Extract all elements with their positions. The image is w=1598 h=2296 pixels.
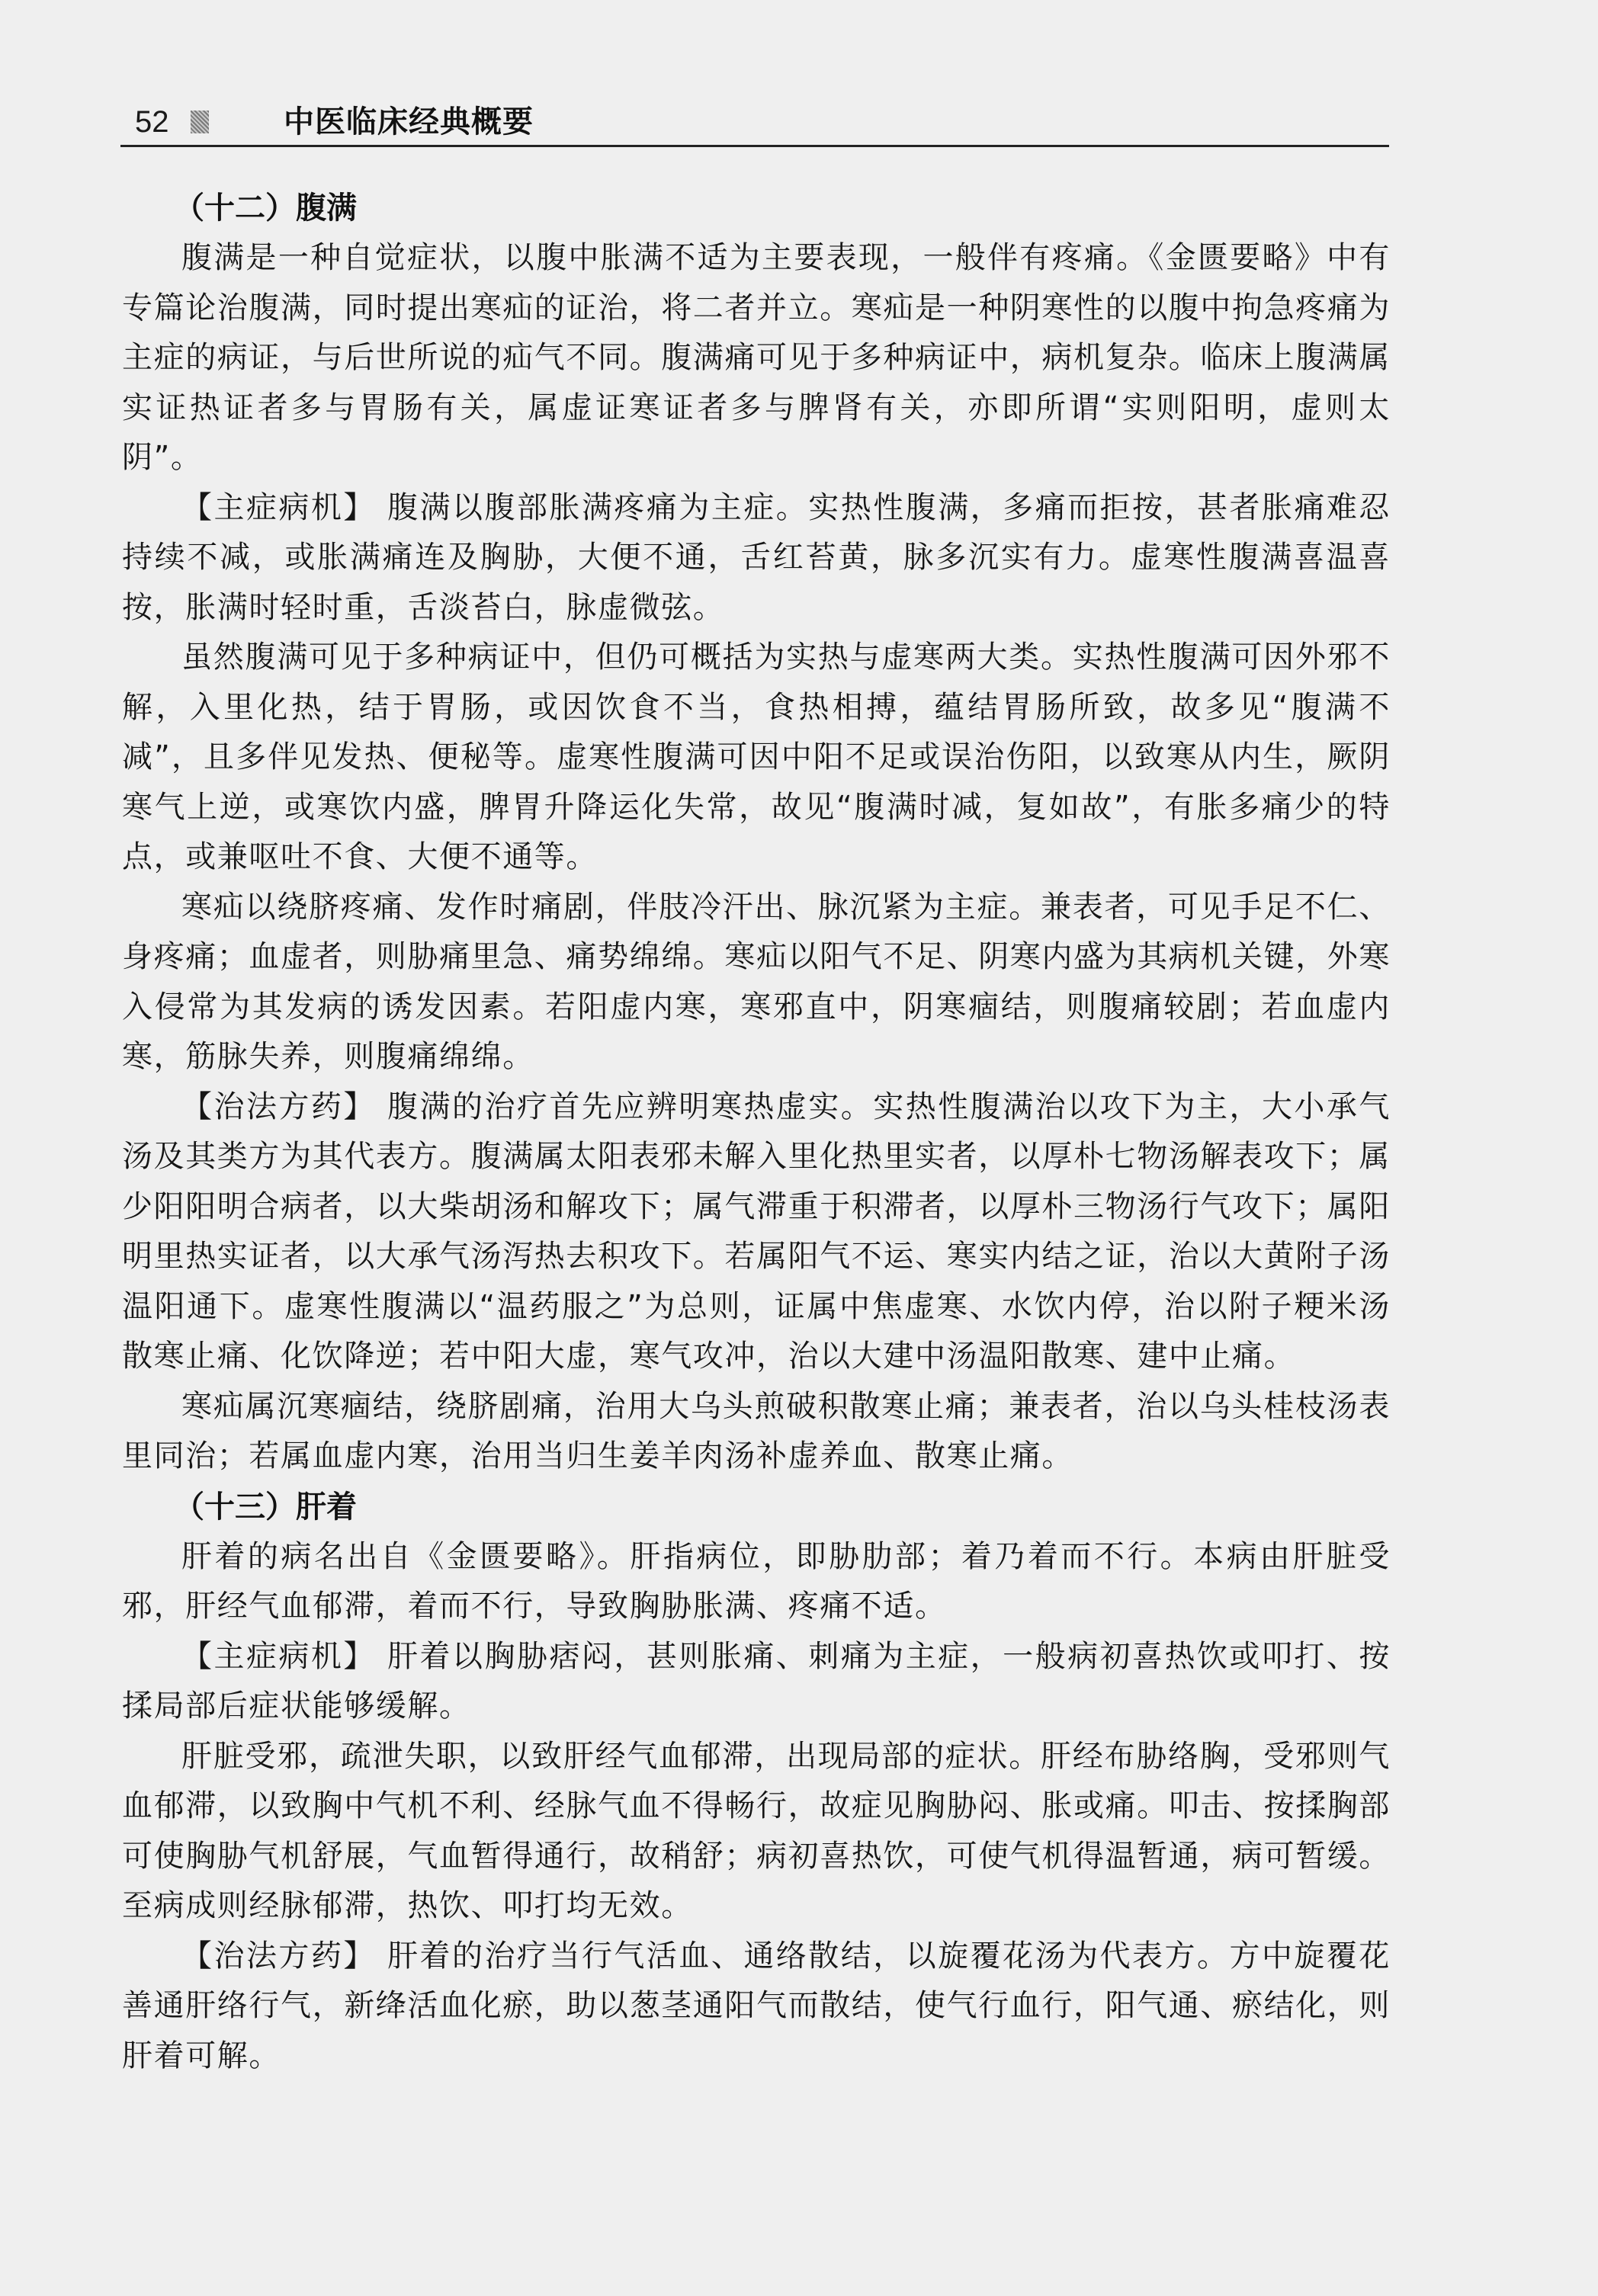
paragraph-classification: 虽然腹满可见于多种病证中，但仍可概括为实热与虚寒两大类。实热性腹满可因外邪不解，… — [122, 633, 1391, 883]
paragraph-text: 腹满是一种自觉症状，以腹中胀满不适为主要表现，一般伴有疼痛。《金匮要略》中有专篇… — [122, 240, 1391, 475]
page-number: 52 — [135, 105, 169, 139]
page-content: （十二）腹满 腹满是一种自觉症状，以腹中胀满不适为主要表现，一般伴有疼痛。《金匮… — [122, 183, 1391, 2081]
paragraph-tag: 【主症病机】 — [181, 1639, 376, 1674]
header-rule — [120, 145, 1389, 147]
paragraph-symptoms-pathogenesis: 【主症病机】 肝着以胸胁痞闷，甚则胀痛、刺痛为主症，一般病初喜热饮或叩打、按揉局… — [122, 1632, 1391, 1732]
book-page: 52 中医临床经典概要 （十二）腹满 腹满是一种自觉症状，以腹中胀满不适为主要表… — [0, 0, 1598, 2296]
paragraph-mechanism: 肝脏受邪，疏泄失职，以致肝经气血郁滞，出现局部的症状。肝经布胁络胸，受邪则气血郁… — [122, 1732, 1391, 1932]
paragraph-text: 肝着的病名出自《金匮要略》。肝指病位，即胁肋部；着乃着而不行。本病由肝脏受邪，肝… — [122, 1539, 1391, 1624]
paragraph-cold-hernia-treatment: 寒疝属沉寒痼结，绕脐剧痛，治用大乌头煎破积散寒止痛；兼表者，治以乌头桂枝汤表里同… — [122, 1382, 1391, 1482]
paragraph-treatment: 【治法方药】 腹满的治疗首先应辨明寒热虚实。实热性腹满治以攻下为主，大小承气汤及… — [122, 1082, 1391, 1382]
section-heading-abdominal-fullness: （十二）腹满 — [122, 183, 1391, 233]
section-heading-liver-fixity: （十三）肝着 — [122, 1482, 1391, 1532]
paragraph-treatment: 【治法方药】 肝着的治疗当行气活血、通络散结，以旋覆花汤为代表方。方中旋覆花善通… — [122, 1932, 1391, 2082]
paragraph-tag: 【主症病机】 — [181, 490, 376, 525]
running-header: 52 中医临床经典概要 — [122, 98, 1388, 145]
paragraph-symptoms-pathogenesis: 【主症病机】 腹满以腹部胀满疼痛为主症。实热性腹满，多痛而拒按，甚者胀痛难忍持续… — [122, 483, 1391, 633]
header-square-ornament-icon — [191, 111, 209, 133]
paragraph-text: 肝脏受邪，疏泄失职，以致肝经气血郁滞，出现局部的症状。肝经布胁络胸，受邪则气血郁… — [122, 1739, 1391, 1924]
paragraph-text: 寒疝属沉寒痼结，绕脐剧痛，治用大乌头煎破积散寒止痛；兼表者，治以乌头桂枝汤表里同… — [122, 1389, 1391, 1474]
paragraph-tag: 【治法方药】 — [181, 1089, 376, 1124]
paragraph-intro: 腹满是一种自觉症状，以腹中胀满不适为主要表现，一般伴有疼痛。《金匮要略》中有专篇… — [122, 233, 1391, 483]
book-title: 中医临床经典概要 — [284, 104, 534, 140]
paragraph-tag: 【治法方药】 — [181, 1938, 376, 1974]
paragraph-text: 寒疝以绕脐疼痛、发作时痛剧，伴肢冷汗出、脉沉紧为主症。兼表者，可见手足不仁、身疼… — [122, 890, 1391, 1075]
paragraph-cold-hernia: 寒疝以绕脐疼痛、发作时痛剧，伴肢冷汗出、脉沉紧为主症。兼表者，可见手足不仁、身疼… — [122, 883, 1391, 1082]
paragraph-intro: 肝着的病名出自《金匮要略》。肝指病位，即胁肋部；着乃着而不行。本病由肝脏受邪，肝… — [122, 1532, 1391, 1632]
paragraph-text: 腹满的治疗首先应辨明寒热虚实。实热性腹满治以攻下为主，大小承气汤及其类方为其代表… — [122, 1089, 1391, 1374]
paragraph-text: 虽然腹满可见于多种病证中，但仍可概括为实热与虚寒两大类。实热性腹满可因外邪不解，… — [122, 640, 1391, 874]
